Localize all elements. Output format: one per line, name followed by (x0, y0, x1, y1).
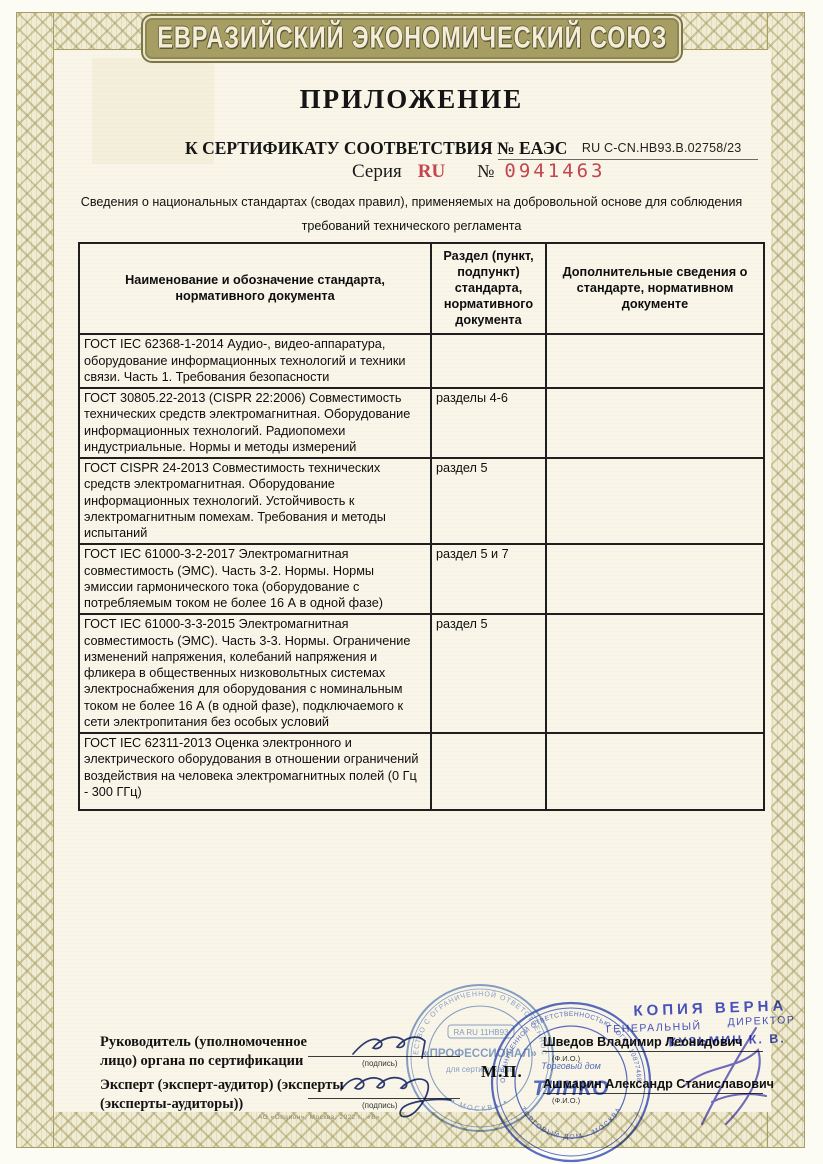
eaeu-banner: ЕВРАЗИЙСКИЙ ЭКОНОМИЧЕСКИЙ СОЮЗ (143, 16, 681, 61)
form-number: 0941463 (504, 160, 605, 182)
notes-cell (546, 614, 764, 733)
certificate-subtitle: К СЕРТИФИКАТУ СООТВЕТСТВИЯ № ЕАЭС (185, 138, 567, 159)
series-line: СерияRU№0941463 (352, 160, 605, 183)
notes-cell (546, 733, 764, 810)
border-guilloche-left (16, 12, 54, 1148)
header-additional-info: Дополнительные сведения о стандарте, нор… (546, 243, 764, 334)
certificate-number: RU C-CN.HB93.B.02758/23 (582, 141, 742, 155)
stamp2-script-text: Торговый дом (541, 1061, 601, 1071)
table-row: ГОСТ IEC 62311-2013 Оценка электронного … (79, 733, 764, 810)
standards-table-body: ГОСТ IEC 62368-1-2014 Аудио-, видео-аппа… (79, 334, 764, 810)
tinko-company-stamp: С ОГРАНИЧЕННОЙ ОТВЕТСТВЕННОСТЬЮ · ОГРН 1… (393, 973, 650, 1161)
certificate-line: К СЕРТИФИКАТУ СООТВЕТСТВИЯ № ЕАЭС RU C-C… (185, 138, 765, 159)
table-row: ГОСТ CISPR 24-2013 Совместимость техниче… (79, 458, 764, 544)
table-header-row: Наименование и обозначение стандарта, но… (79, 243, 764, 334)
series-value: RU (418, 161, 445, 182)
standard-name-cell: ГОСТ CISPR 24-2013 Совместимость техниче… (79, 458, 431, 544)
head-of-body-label: Руководитель (уполномоченное лицо) орган… (100, 1033, 320, 1071)
page-title: ПРИЛОЖЕНИЕ (0, 84, 823, 115)
svg-text:ТОРГОВЫЙ ДОМ · МОСКВА: ТОРГОВЫЙ ДОМ · МОСКВА (519, 1106, 624, 1141)
header-standard-name: Наименование и обозначение стандарта, но… (79, 243, 431, 334)
notes-cell (546, 334, 764, 388)
section-cell: раздел 5 (431, 614, 546, 733)
standard-name-cell: ГОСТ IEC 61000-3-2-2017 Электромагнитная… (79, 544, 431, 614)
notes-cell (546, 458, 764, 544)
notes-cell (546, 388, 764, 458)
section-cell: разделы 4-6 (431, 388, 546, 458)
stamp2-logo-text: ТИНКО (532, 1077, 609, 1100)
series-label: Серия (352, 161, 402, 182)
border-guilloche-right (767, 12, 805, 1148)
standard-name-cell: ГОСТ IEC 62311-2013 Оценка электронного … (79, 733, 431, 810)
section-cell (431, 334, 546, 388)
certificate-appendix-page: ЕВРАЗИЙСКИЙ ЭКОНОМИЧЕСКИЙ СОЮЗ ПРИЛОЖЕНИ… (0, 0, 823, 1164)
form-printer-info: АО «Опцион», Москва, 2022 г., «В». (258, 1114, 382, 1121)
stamps-overlay: ОБЩЕСТВО С ОГРАНИЧЕННОЙ ОТВЕТСТВЕННОСТЬЮ… (393, 973, 689, 1164)
certification-body-stamp: ОБЩЕСТВО С ОГРАНИЧЕННОЙ ОТВЕТСТВЕННОСТЬЮ… (393, 973, 553, 1131)
description-text: Сведения о национальных стандартах (свод… (60, 190, 763, 238)
standards-table: Наименование и обозначение стандарта, но… (78, 242, 765, 811)
table-row: ГОСТ IEC 61000-3-3-2015 Электромагнитная… (79, 614, 764, 733)
eaeu-banner-text: ЕВРАЗИЙСКИЙ ЭКОНОМИЧЕСКИЙ СОЮЗ (157, 21, 667, 56)
table-row: ГОСТ IEC 61000-3-2-2017 Электромагнитная… (79, 544, 764, 614)
description-line1: Сведения о национальных стандартах (свод… (81, 195, 742, 209)
section-cell (431, 733, 546, 810)
notes-cell (546, 544, 764, 614)
expert-label: Эксперт (эксперт-аудитор) (эксперты (экс… (100, 1076, 345, 1114)
section-cell: раздел 5 (431, 458, 546, 544)
stamp1-accreditation-text: RA RU 11HB93 (454, 1028, 510, 1037)
standard-name-cell: ГОСТ IEC 62368-1-2014 Аудио-, видео-аппа… (79, 334, 431, 388)
number-sign: № (477, 161, 494, 181)
section-cell: раздел 5 и 7 (431, 544, 546, 614)
standard-name-cell: ГОСТ IEC 61000-3-3-2015 Электромагнитная… (79, 614, 431, 733)
table-row: ГОСТ 30805.22-2013 (CISPR 22:2006) Совме… (79, 388, 764, 458)
description-line2: требований технического регламента (302, 219, 522, 233)
standard-name-cell: ГОСТ 30805.22-2013 (CISPR 22:2006) Совме… (79, 388, 431, 458)
header-section: Раздел (пункт, подпункт) стандарта, норм… (431, 243, 546, 334)
stamp2-ring-bottom-text: ТОРГОВЫЙ ДОМ · МОСКВА (519, 1106, 624, 1141)
table-row: ГОСТ IEC 62368-1-2014 Аудио-, видео-аппа… (79, 334, 764, 388)
